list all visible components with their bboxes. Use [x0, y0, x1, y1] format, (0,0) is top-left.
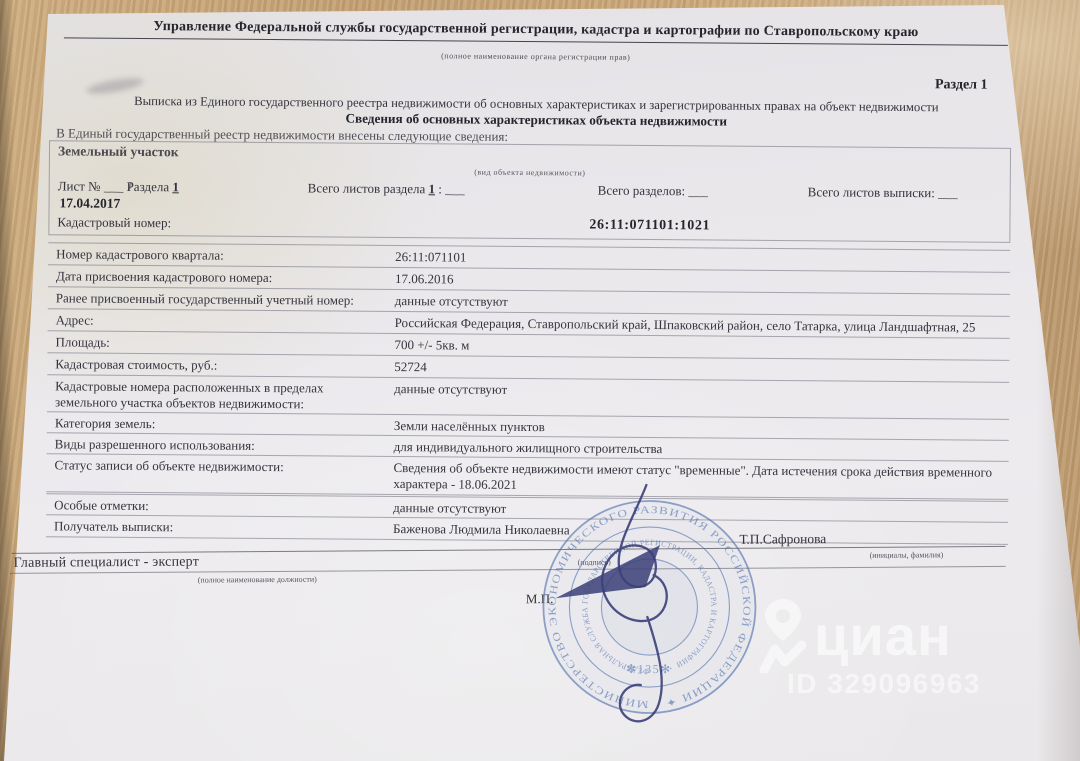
row-value: данные отсутствуют [394, 378, 1009, 419]
total-sheets-field: Всего листов раздела 1 : ___ [308, 180, 465, 197]
position-title: Главный специалист - эксперт [14, 555, 199, 572]
row-label: Ранее присвоенный государственный учетны… [48, 287, 395, 311]
object-type-caption: (вид объекта недвижимости) [50, 164, 1010, 181]
issue-date: 17.04.2017 [60, 195, 121, 211]
total-sections-field: Всего разделов: ___ [598, 183, 708, 200]
row-label: Статус записи об объекте недвижимости: [46, 455, 393, 495]
total-sheets-text: Всего листов раздела [308, 180, 429, 196]
position-caption: (полное наименование должности) [198, 575, 317, 585]
authority-caption: (полное наименование органа регистрации … [64, 48, 1008, 64]
row-label: Адрес: [48, 309, 395, 333]
sheet-section-number: 1 [172, 179, 179, 194]
row-label: Дата присвоения кадастрового номера: [48, 265, 395, 289]
registration-authority-name: Управление Федеральной службы государств… [64, 18, 1008, 45]
cadastral-number-value: 26:11:071101:1021 [589, 218, 710, 235]
signature-flourish [556, 544, 660, 599]
document-content: Управление Федеральной службы государств… [0, 0, 1080, 761]
cadastral-number-label: Кадастровый номер: [57, 214, 171, 231]
section-label: Раздел 1 [935, 77, 988, 93]
handwritten-signature [516, 466, 748, 740]
row-label: Кадастровые номера расположенных в преде… [47, 375, 394, 413]
sheet-number-field: Лист № ___ Раздела 1 [58, 178, 179, 195]
total-extract-sheets-field: Всего листов выписки: ___ [808, 184, 958, 201]
photo-of-egrn-extract: Управление Федеральной службы государств… [0, 0, 1080, 761]
table-row: Кадастровые номера расположенных в преде… [47, 374, 1009, 418]
row-label: Номер кадастрового квартала: [48, 243, 395, 267]
row-label: Кадастровая стоимость, руб.: [47, 353, 394, 377]
row-label: Площадь: [47, 331, 394, 355]
total-sheets-suffix: : ___ [435, 181, 465, 196]
initials-caption: (инициалы, фамилия) [870, 550, 944, 560]
object-info-box: Земельный участок (вид объекта недвижимо… [48, 140, 1011, 243]
sheet-number-text: Лист № ___ Раздела [58, 178, 173, 194]
row-label: Категория земель: [47, 412, 394, 435]
row-label: Особые отметки: [46, 495, 393, 518]
signature-line [12, 546, 1006, 554]
object-type: Земельный участок [58, 143, 179, 160]
row-label: Виды разрешенного использования: [47, 433, 394, 456]
